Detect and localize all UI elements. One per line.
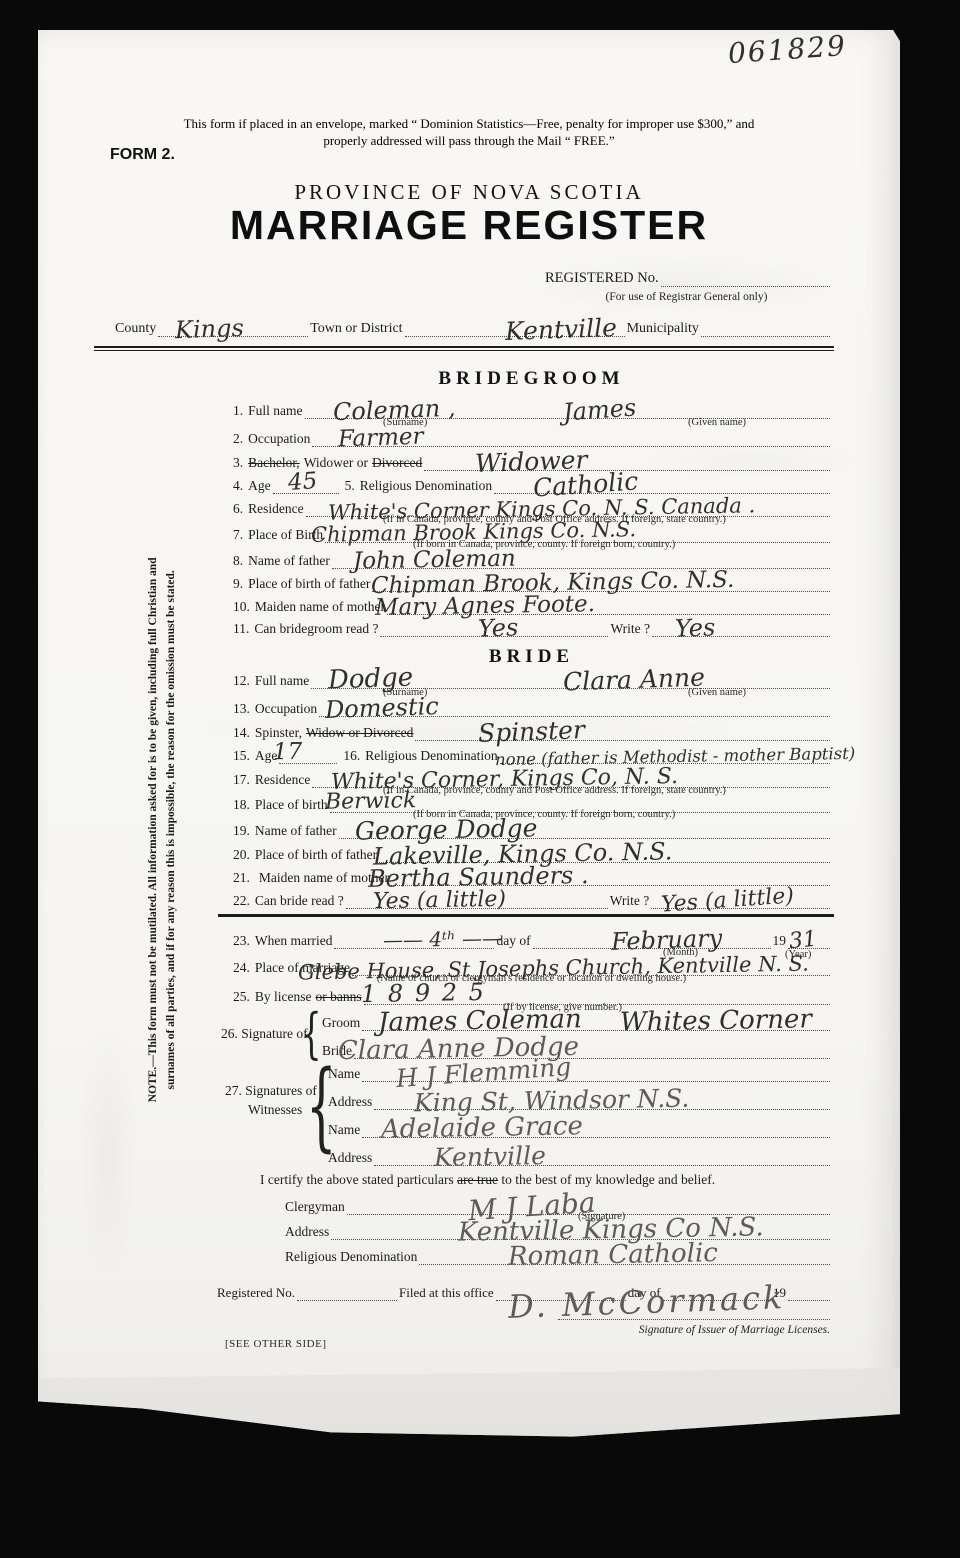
field-number: 2. (233, 431, 246, 447)
field-groom-age-religion: 4. Age 5. Religious Denomination 45 Cath… (233, 477, 830, 494)
witnesses-text: Witnesses (248, 1102, 302, 1118)
field-groom-birthplace: 7. Place of Birth Chipman Brook Kings Co… (233, 526, 830, 543)
pencil-streak (78, 1020, 138, 1280)
or-banns-struck-label: or banns (314, 989, 364, 1005)
side-note: NOTE.—This form must not be mutilated. A… (145, 509, 181, 1151)
groom-write-handwriting: Yes (675, 615, 716, 640)
bride-surname-handwriting: Dodge (328, 665, 414, 694)
mail-notice-line2: properly addressed will pass through the… (98, 133, 840, 149)
address-label: Address (283, 1224, 331, 1240)
dotted-leader (701, 321, 830, 337)
form-number-label: FORM 2. (110, 146, 175, 164)
widow-divorced-struck-label: Widow or Divorced (304, 725, 415, 741)
field-number: 4. (233, 478, 246, 494)
field-number: 23. (233, 933, 253, 949)
field-label: Occupation (246, 431, 312, 447)
signature-of-label: 26. Signature of (221, 1026, 308, 1042)
section-rule (218, 914, 834, 917)
field-number: 22. (233, 893, 253, 909)
field-religious-denomination: Religious Denomination Roman Catholic (283, 1248, 830, 1265)
field-groom-signature: Groom James Coleman Whites Corner (320, 1014, 830, 1031)
field-number: 7. (233, 527, 246, 543)
county-value-handwriting: Kings (175, 316, 245, 342)
municipality-label: Municipality (625, 321, 701, 337)
certification-struck-words: are true (457, 1172, 498, 1187)
when-married-label: When married (253, 933, 335, 949)
field-groom-mother: 10. Maiden name of mother Mary Agnes Foo… (233, 598, 830, 615)
given-name-caption: (Given name) (688, 417, 746, 428)
groom-occupation-handwriting: Farmer (338, 426, 424, 452)
bride-status-handwriting: Spinster (478, 717, 586, 746)
bride-age-handwriting: 17 (273, 741, 303, 765)
field-witness1-address: Address King St, Windsor N.S. (326, 1093, 830, 1110)
field-number: 27. (225, 1083, 242, 1098)
county-label: County (113, 321, 158, 337)
address-label: Address (326, 1094, 374, 1110)
signatures-of-witnesses-label: 27. Signatures of (225, 1083, 317, 1099)
field-label: Full name (253, 673, 311, 689)
field-number: 9. (233, 576, 246, 592)
field-bride-mother: 21. Maiden name of mother Bertha Saunder… (233, 869, 830, 886)
double-rule (94, 346, 834, 351)
field-clergyman-address: Address Kentville Kings Co N.S. (283, 1223, 830, 1240)
field-place-of-marriage: 24. Place of marriage Glebe House, St Jo… (233, 959, 830, 976)
groom-age-handwriting: 45 (287, 470, 318, 495)
father-name-label: Name of father (246, 553, 332, 569)
field-number: 10. (233, 599, 253, 615)
religious-denomination-label: Religious Denomination (283, 1249, 419, 1265)
name-label: Name (326, 1066, 362, 1082)
write-label: Write ? (608, 621, 652, 637)
handwritten-scan-number: 061829 (727, 32, 848, 68)
town-value-handwriting: Kentville (505, 315, 618, 344)
field-bride-birthplace: 18. Place of birth Berwick (If born in C… (233, 796, 830, 813)
dotted-leader (297, 1285, 397, 1301)
field-witness2-name: Name Adelaide Grace (326, 1121, 830, 1138)
father-birthplace-label: Place of birth of father (253, 847, 379, 863)
field-label: Occupation (253, 701, 319, 717)
residence-label: Residence (246, 501, 305, 517)
field-number: 15. (233, 748, 253, 764)
signatures-of-text: Signatures of (245, 1083, 317, 1098)
certification-part2: to the best of my knowledge and belief. (501, 1172, 715, 1187)
field-number: 20. (233, 847, 253, 863)
field-label: Full name (246, 403, 304, 419)
paper-shadow-band (38, 1368, 900, 1459)
field-bride-literacy: 22. Can bride read ? Write ? Yes (a litt… (233, 892, 830, 909)
field-bride-residence: 17. Residence White's Corner, Kings Co, … (233, 771, 830, 788)
field-number: 3. (233, 455, 246, 471)
year-19-label: 19 (771, 933, 789, 949)
field-groom-residence: 6. Residence White's Corner Kings Co. N.… (233, 500, 830, 517)
field-number: 16. (337, 748, 363, 764)
side-note-line1: NOTE.—This form must not be mutilated. A… (145, 509, 163, 1151)
registered-no-row: REGISTERED No. (543, 270, 830, 287)
mother-name-label: Maiden name of mother (253, 599, 387, 615)
town-label: Town or District (308, 321, 404, 337)
divorced-struck-label: Divorced (370, 455, 424, 471)
mail-notice-line1: This form if placed in an envelope, mark… (98, 116, 840, 132)
witness2-address-handwriting: Kentville (434, 1143, 546, 1170)
dotted-leader (788, 1285, 830, 1301)
field-number: 26. (221, 1026, 238, 1041)
field-when-married: 23. When married day of 19 —— 4ᵗʰ —— Feb… (233, 932, 830, 949)
field-bride-signature: Bride Clara Anne Dodge (320, 1042, 830, 1059)
form-paper: 061829 This form if placed in an envelop… (38, 30, 900, 1438)
bride-read-handwriting: Yes (a little) (373, 889, 506, 913)
religion-label: Religious Denomination (363, 748, 499, 764)
bride-heading: BRIDE (233, 646, 830, 668)
religious-denomination-handwriting: Roman Catholic (508, 1240, 718, 1270)
address-label: Address (326, 1150, 374, 1166)
groom-father-handwriting: John Coleman (353, 548, 516, 574)
field-number: 19. (233, 823, 253, 839)
certification-statement: I certify the above stated particulars a… (260, 1172, 715, 1188)
field-number: 1. (233, 403, 246, 419)
field-bride-father: 19. Name of father George Dodge (233, 822, 830, 839)
write-label: Write ? (608, 893, 652, 909)
registered-no-label: Registered No. (215, 1285, 297, 1301)
field-license: 25. By license or banns 1 8 9 2 5 (If by… (233, 988, 830, 1005)
field-groom-father: 8. Name of father John Coleman (233, 552, 830, 569)
name-label: Name (326, 1122, 362, 1138)
field-witness1-name: Name H J Flemming (326, 1065, 830, 1082)
residence-label: Residence (253, 772, 312, 788)
age-label: Age (246, 478, 273, 494)
dotted-leader (661, 271, 830, 287)
field-witness2-address: Address Kentville (326, 1149, 830, 1166)
issuer-signature-caption: Signature of Issuer of Marriage Licenses… (458, 1324, 830, 1336)
field-number: 13. (233, 701, 253, 717)
groom-birthplace-handwriting: Chipman Brook Kings Co. N.S. (311, 519, 636, 546)
field-bride-occupation: 13. Occupation Domestic (233, 700, 830, 717)
field-number: 21. (233, 870, 253, 886)
groom-residence-signature-handwriting: Whites Corner (620, 1006, 812, 1035)
bride-occupation-handwriting: Domestic (325, 694, 440, 722)
side-note-line2: surnames of all parties, and if for any … (163, 509, 181, 1151)
bride-birthplace-handwriting: Berwick (325, 790, 417, 814)
field-number: 14. (233, 725, 253, 741)
can-read-label: Can bridegroom read ? (252, 621, 380, 637)
registered-no-label: REGISTERED No. (543, 270, 661, 287)
filed-label: Filed at this office (397, 1285, 496, 1301)
field-bride-status: 14. Spinster, Widow or Divorced Spinster (233, 724, 830, 741)
see-other-side-label: [SEE OTHER SIDE] (225, 1338, 327, 1350)
groom-read-handwriting: Yes (478, 615, 519, 640)
field-groom-full-name: 1. Full name Coleman , James (Surname) (… (233, 402, 830, 419)
field-number: 6. (233, 501, 246, 517)
field-groom-father-birthplace: 9. Place of birth of father Chipman Broo… (233, 575, 830, 592)
field-groom-status: 3. Bachelor, Widower or Divorced Widower (233, 454, 830, 471)
bride-write-handwriting: Yes (a little) (660, 885, 794, 916)
license-number-handwriting: 1 8 9 2 5 (361, 980, 486, 1006)
field-number: 5. (339, 478, 358, 494)
wedding-month-handwriting: February (611, 926, 723, 954)
by-license-label: By license (253, 989, 314, 1005)
field-groom-occupation: 2. Occupation Farmer (233, 430, 830, 447)
field-number: 18. (233, 797, 253, 813)
witness2-name-handwriting: Adelaide Grace (381, 1113, 583, 1143)
field-number: 25. (233, 989, 253, 1005)
signature-of-text: Signature of (241, 1026, 307, 1041)
father-birthplace-label: Place of birth of father (246, 576, 372, 592)
field-number: 11. (233, 621, 252, 637)
field-number: 12. (233, 673, 253, 689)
groom-given-handwriting: James (562, 395, 637, 424)
can-read-label: Can bride read ? (253, 893, 346, 909)
wedding-day-handwriting: —— 4ᵗʰ —— (383, 928, 502, 950)
field-bride-full-name: 12. Full name Dodge Clara Anne (Surname)… (233, 672, 830, 689)
page-title: MARRIAGE REGISTER (98, 202, 840, 249)
field-bride-age-religion: 15. Age 16. Religious Denomination 17 no… (233, 747, 830, 764)
field-number: 17. (233, 772, 253, 788)
clergyman-label: Clergyman (283, 1199, 347, 1215)
religion-label: Religious Denomination (358, 478, 494, 494)
scanned-marriage-register: { "scan": { "number": "061829", "see_oth… (0, 0, 960, 1558)
field-groom-literacy: 11. Can bridegroom read ? Write ? Yes Ye… (233, 620, 830, 637)
certification-part1: I certify the above stated particulars (260, 1172, 454, 1187)
groom-signature-handwriting: James Coleman (378, 1006, 582, 1036)
county-row: County Town or District Municipality Kin… (113, 320, 830, 337)
wedding-year-handwriting: 31 (788, 929, 818, 954)
birthplace-label: Place of birth (253, 797, 330, 813)
groom-label: Groom (320, 1015, 362, 1031)
groom-surname-handwriting: Coleman , (333, 396, 456, 424)
issuer-signature-handwriting: D. McCormack (508, 1281, 786, 1323)
father-name-label: Name of father (253, 823, 339, 839)
bride-given-handwriting: Clara Anne (563, 665, 706, 695)
field-number: 8. (233, 553, 246, 569)
registrar-only-caption: (For use of Registrar General only) (543, 291, 830, 303)
field-bride-father-birthplace: 20. Place of birth of father Lakeville, … (233, 846, 830, 863)
bridegroom-heading: BRIDEGROOM (233, 368, 830, 390)
